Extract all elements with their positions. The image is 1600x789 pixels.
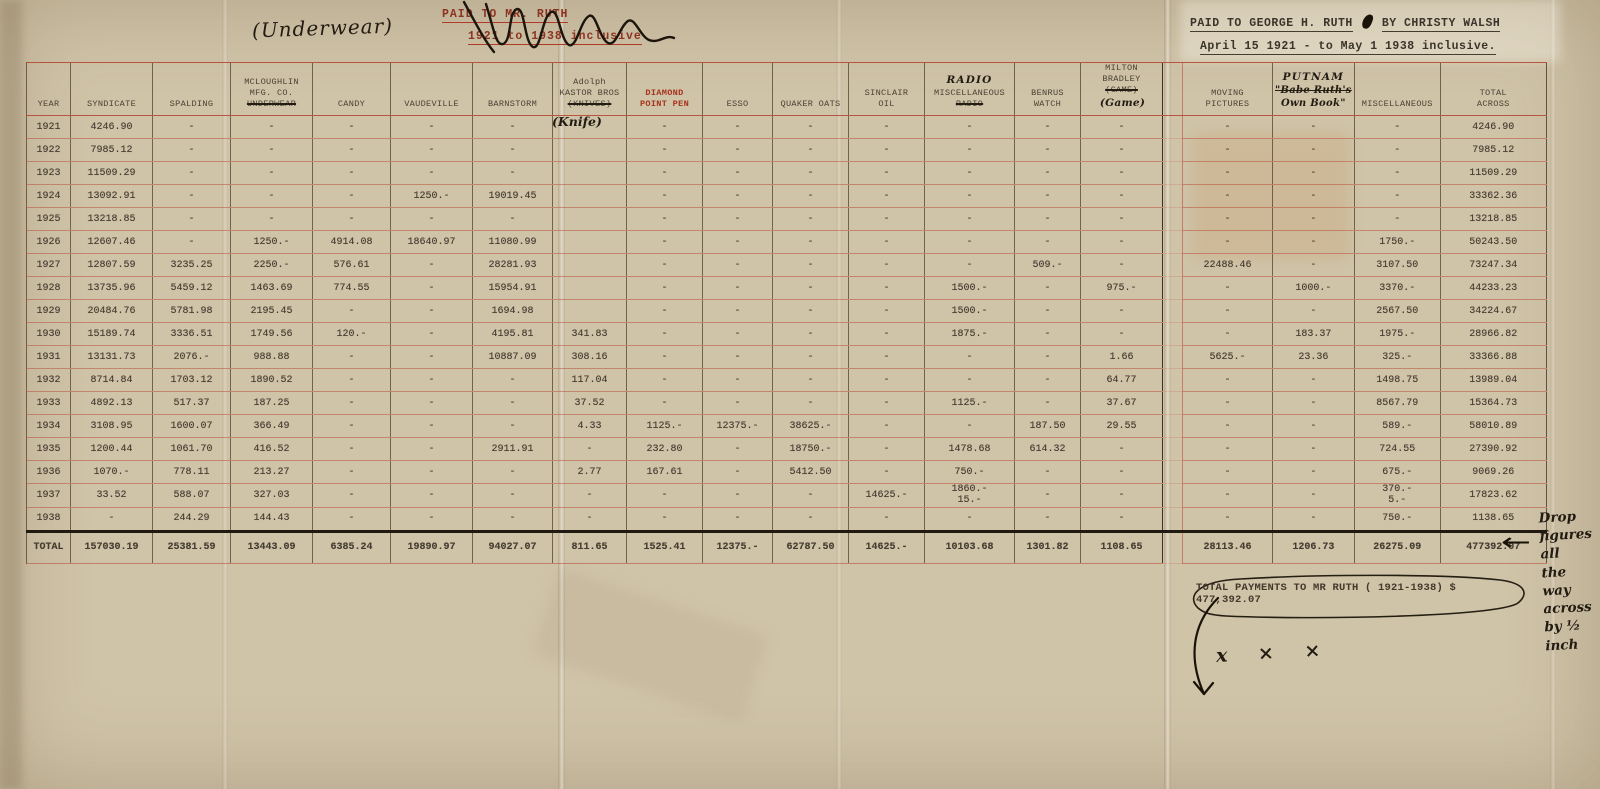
drop-figures-handnote: Drop figures all the way across by ½ inc… xyxy=(1538,507,1600,655)
cell-radio-miscellaneous: - xyxy=(925,185,1015,208)
cell-year: 1930 xyxy=(27,323,71,346)
cell-barnstorm: - xyxy=(473,162,553,185)
cell-spalding: 1600.07 xyxy=(153,415,231,438)
cell-milton-bradley: - xyxy=(1081,185,1163,208)
cell-kastor: 308.16 xyxy=(553,346,627,369)
cell-radio-miscellaneous: 1860.- 15.- xyxy=(925,484,1015,507)
cell-putnam: - xyxy=(1273,484,1355,507)
table-row: 192413092.91---1250.-19019.45----------3… xyxy=(27,185,1547,208)
cell-year: 1936 xyxy=(27,461,71,484)
cell-fold-gap xyxy=(1163,438,1183,461)
cell-benrus-watch: - xyxy=(1015,323,1081,346)
cell-moving-pictures: - xyxy=(1183,484,1273,507)
cell-kastor xyxy=(553,277,627,300)
total-diamond-point-pen: 1525.41 xyxy=(627,531,703,563)
underwear-handnote: (Underwear) xyxy=(252,14,394,43)
cell-candy: 576.61 xyxy=(313,254,391,277)
cell-kastor: - xyxy=(553,438,627,461)
cell-spalding: - xyxy=(153,208,231,231)
total-miscellaneous: 26275.09 xyxy=(1354,531,1440,563)
cell-quaker-oats: 5412.50 xyxy=(773,461,849,484)
cell-barnstorm: - xyxy=(473,139,553,162)
cell-radio-miscellaneous: 1500.- xyxy=(925,300,1015,323)
cell-vaudeville: - xyxy=(391,369,473,392)
cell-spalding: 778.11 xyxy=(153,461,231,484)
cell-quaker-oats: - xyxy=(773,300,849,323)
cell-miscellaneous: 370.- 5.- xyxy=(1354,484,1440,507)
cell-year: 1926 xyxy=(27,231,71,254)
cell-vaudeville: - xyxy=(391,277,473,300)
cell-moving-pictures: - xyxy=(1183,507,1273,531)
cell-putnam: - xyxy=(1273,369,1355,392)
table-row: 192813735.965459.121463.69774.55-15954.9… xyxy=(27,277,1547,300)
column-header-putnam: PUTNAM"Babe Ruth'sOwn Book" xyxy=(1273,63,1355,116)
cell-radio-miscellaneous: - xyxy=(925,415,1015,438)
cell-diamond-point-pen: - xyxy=(627,208,703,231)
cell-spalding: 3336.51 xyxy=(153,323,231,346)
cell-fold-gap xyxy=(1163,346,1183,369)
cell-benrus-watch: - xyxy=(1015,162,1081,185)
cell-moving-pictures: - xyxy=(1183,323,1273,346)
cell-fold-gap xyxy=(1163,231,1183,254)
cell-esso: - xyxy=(703,300,773,323)
cell-candy: - xyxy=(313,392,391,415)
cell-candy: - xyxy=(313,484,391,507)
cell-diamond-point-pen: - xyxy=(627,185,703,208)
cell-benrus-watch: - xyxy=(1015,369,1081,392)
total-radio-miscellaneous: 10103.68 xyxy=(925,531,1015,563)
cell-total-across: 13989.04 xyxy=(1440,369,1546,392)
cell-barnstorm: 11080.99 xyxy=(473,231,553,254)
cell-radio-miscellaneous: - xyxy=(925,162,1015,185)
cell-milton-bradley: - xyxy=(1081,300,1163,323)
cell-moving-pictures: 5625.- xyxy=(1183,346,1273,369)
cell-moving-pictures: - xyxy=(1183,277,1273,300)
cell-syndicate: 8714.84 xyxy=(71,369,153,392)
cell-vaudeville: - xyxy=(391,438,473,461)
cell-radio-miscellaneous: - xyxy=(925,254,1015,277)
column-header-radio-miscellaneous: RADIOMISCELLANEOUSRADIO xyxy=(925,63,1015,116)
cell-syndicate: 12807.59 xyxy=(71,254,153,277)
scanned-ledger-page: (Underwear) PAID TO MR. RUTH 1921 to 193… xyxy=(0,0,1600,789)
table-row: 192311509.29---------------11509.29 xyxy=(27,162,1547,185)
cell-miscellaneous: 589.- xyxy=(1354,415,1440,438)
center-title-line2: 1921 to 1938 inclusive xyxy=(468,30,642,45)
cell-vaudeville: - xyxy=(391,415,473,438)
cell-vaudeville: - xyxy=(391,323,473,346)
cell-mcloughlin: 1463.69 xyxy=(231,277,313,300)
cell-mcloughlin: 416.52 xyxy=(231,438,313,461)
cell-total-across: 15364.73 xyxy=(1440,392,1546,415)
cell-sinclair-oil: - xyxy=(849,116,925,139)
cell-kastor xyxy=(553,231,627,254)
cell-total-across: 58010.89 xyxy=(1440,415,1546,438)
cell-milton-bradley: - xyxy=(1081,323,1163,346)
cell-benrus-watch: - xyxy=(1015,461,1081,484)
cell-barnstorm: - xyxy=(473,461,553,484)
table-row: 19328714.841703.121890.52---117.04------… xyxy=(27,369,1547,392)
total-spalding: 25381.59 xyxy=(153,531,231,563)
cell-fold-gap xyxy=(1163,162,1183,185)
cell-mcloughlin: 213.27 xyxy=(231,461,313,484)
cell-vaudeville: 18640.97 xyxy=(391,231,473,254)
cell-fold-gap xyxy=(1163,461,1183,484)
total-milton-bradley: 1108.65 xyxy=(1081,531,1163,563)
cell-diamond-point-pen: - xyxy=(627,392,703,415)
cell-fold-gap xyxy=(1163,208,1183,231)
cell-diamond-point-pen: - xyxy=(627,139,703,162)
cell-quaker-oats: - xyxy=(773,346,849,369)
cell-esso: - xyxy=(703,208,773,231)
cell-quaker-oats: - xyxy=(773,254,849,277)
cell-radio-miscellaneous: 1875.- xyxy=(925,323,1015,346)
cell-radio-miscellaneous: 750.- xyxy=(925,461,1015,484)
cell-miscellaneous: - xyxy=(1354,139,1440,162)
total-row: TOTAL157030.1925381.5913443.096385.24198… xyxy=(27,531,1547,563)
cell-sinclair-oil: - xyxy=(849,208,925,231)
cell-benrus-watch: - xyxy=(1015,231,1081,254)
cell-kastor xyxy=(553,300,627,323)
table-row: 19214246.90---------------4246.90 xyxy=(27,116,1547,139)
cell-milton-bradley: - xyxy=(1081,208,1163,231)
cell-radio-miscellaneous: - xyxy=(925,139,1015,162)
cell-barnstorm: 19019.45 xyxy=(473,185,553,208)
cell-syndicate: 11509.29 xyxy=(71,162,153,185)
cell-putnam: - xyxy=(1273,162,1355,185)
cell-milton-bradley: - xyxy=(1081,254,1163,277)
cell-fold-gap xyxy=(1163,415,1183,438)
cell-esso: - xyxy=(703,346,773,369)
cell-mcloughlin: 988.88 xyxy=(231,346,313,369)
cell-year: 1928 xyxy=(27,277,71,300)
cell-total-across: 44233.23 xyxy=(1440,277,1546,300)
cell-total-across: 9069.26 xyxy=(1440,461,1546,484)
cell-esso: - xyxy=(703,231,773,254)
cell-sinclair-oil: - xyxy=(849,277,925,300)
cell-kastor xyxy=(553,139,627,162)
cell-quaker-oats: - xyxy=(773,323,849,346)
cell-barnstorm: 28281.93 xyxy=(473,254,553,277)
cell-fold-gap xyxy=(1163,254,1183,277)
cell-mcloughlin: - xyxy=(231,139,313,162)
cell-vaudeville: - xyxy=(391,507,473,531)
cell-milton-bradley: 1.66 xyxy=(1081,346,1163,369)
cell-year: 1929 xyxy=(27,300,71,323)
cell-spalding: - xyxy=(153,162,231,185)
cell-barnstorm: 1694.98 xyxy=(473,300,553,323)
cell-year: 1935 xyxy=(27,438,71,461)
cell-sinclair-oil: - xyxy=(849,369,925,392)
left-arrow: ← xyxy=(1501,528,1531,556)
cell-kastor: - xyxy=(553,507,627,531)
cell-candy: - xyxy=(313,208,391,231)
cell-spalding: 1703.12 xyxy=(153,369,231,392)
table-row: 19227985.12---------------7985.12 xyxy=(27,139,1547,162)
cell-miscellaneous: 3107.50 xyxy=(1354,254,1440,277)
cell-fold-gap xyxy=(1163,116,1183,139)
cell-benrus-watch: 187.50 xyxy=(1015,415,1081,438)
total-fold-gap xyxy=(1163,531,1183,563)
cell-mcloughlin: 2250.- xyxy=(231,254,313,277)
cell-benrus-watch: - xyxy=(1015,139,1081,162)
cell-diamond-point-pen: 167.61 xyxy=(627,461,703,484)
cell-diamond-point-pen: - xyxy=(627,346,703,369)
cell-moving-pictures: - xyxy=(1183,438,1273,461)
cell-total-across: 28966.82 xyxy=(1440,323,1546,346)
cell-putnam: 23.36 xyxy=(1273,346,1355,369)
cell-barnstorm: 15954.91 xyxy=(473,277,553,300)
table-row: 1938-244.29144.43-------------750.-1138.… xyxy=(27,507,1547,531)
cell-quaker-oats: - xyxy=(773,185,849,208)
cell-milton-bradley: - xyxy=(1081,231,1163,254)
cell-total-across: 7985.12 xyxy=(1440,139,1546,162)
cell-esso: - xyxy=(703,185,773,208)
table-row: 192712807.593235.252250.-576.61-28281.93… xyxy=(27,254,1547,277)
cell-benrus-watch: 614.32 xyxy=(1015,438,1081,461)
column-header-fold-gap xyxy=(1163,63,1183,116)
column-header-moving-pictures: MOVINGPICTURES xyxy=(1183,63,1273,116)
cell-spalding: 5459.12 xyxy=(153,277,231,300)
cell-total-across: 34224.67 xyxy=(1440,300,1546,323)
cell-diamond-point-pen: - xyxy=(627,484,703,507)
cell-putnam: - xyxy=(1273,392,1355,415)
cell-spalding: - xyxy=(153,139,231,162)
total-quaker-oats: 62787.50 xyxy=(773,531,849,563)
cell-syndicate: 13092.91 xyxy=(71,185,153,208)
cell-diamond-point-pen: - xyxy=(627,323,703,346)
cell-year: 1925 xyxy=(27,208,71,231)
cell-barnstorm: 10887.09 xyxy=(473,346,553,369)
cell-syndicate: 13131.73 xyxy=(71,346,153,369)
cell-total-across: 11509.29 xyxy=(1440,162,1546,185)
cell-syndicate: 1070.- xyxy=(71,461,153,484)
cell-vaudeville: - xyxy=(391,162,473,185)
cell-candy: 774.55 xyxy=(313,277,391,300)
table-row: 19351200.441061.70416.52--2911.91-232.80… xyxy=(27,438,1547,461)
cell-candy: - xyxy=(313,162,391,185)
cell-candy: - xyxy=(313,461,391,484)
total-moving-pictures: 28113.46 xyxy=(1183,531,1273,563)
margin-note-line: inch xyxy=(1545,634,1600,655)
cell-diamond-point-pen: - xyxy=(627,231,703,254)
cell-candy: - xyxy=(313,415,391,438)
cell-barnstorm: - xyxy=(473,415,553,438)
cell-miscellaneous: 3370.- xyxy=(1354,277,1440,300)
column-header-miscellaneous: MISCELLANEOUS xyxy=(1354,63,1440,116)
cell-fold-gap xyxy=(1163,185,1183,208)
cell-radio-miscellaneous: 1478.68 xyxy=(925,438,1015,461)
total-putnam: 1206.73 xyxy=(1273,531,1355,563)
cell-putnam: - xyxy=(1273,461,1355,484)
cell-syndicate: 12607.46 xyxy=(71,231,153,254)
cell-mcloughlin: 2195.45 xyxy=(231,300,313,323)
cell-milton-bradley: - xyxy=(1081,461,1163,484)
cell-quaker-oats: - xyxy=(773,162,849,185)
cell-miscellaneous: 750.- xyxy=(1354,507,1440,531)
table-row: 193113131.732076.-988.88--10887.09308.16… xyxy=(27,346,1547,369)
cell-milton-bradley: - xyxy=(1081,162,1163,185)
cell-sinclair-oil: - xyxy=(849,231,925,254)
cell-miscellaneous: 325.- xyxy=(1354,346,1440,369)
cell-year: 1934 xyxy=(27,415,71,438)
cell-miscellaneous: 675.- xyxy=(1354,461,1440,484)
cell-syndicate: - xyxy=(71,507,153,531)
column-header-mcloughlin: MCLOUGHLINMFG. CO.UNDERWEAR xyxy=(231,63,313,116)
cell-year: 1923 xyxy=(27,162,71,185)
total-barnstorm: 94027.07 xyxy=(473,531,553,563)
cell-vaudeville: 1250.- xyxy=(391,185,473,208)
column-header-esso: ESSO xyxy=(703,63,773,116)
cell-diamond-point-pen: - xyxy=(627,369,703,392)
cell-year: 1921 xyxy=(27,116,71,139)
cell-esso: - xyxy=(703,438,773,461)
cell-quaker-oats: - xyxy=(773,231,849,254)
cell-benrus-watch: - xyxy=(1015,185,1081,208)
cell-esso: - xyxy=(703,162,773,185)
cell-quaker-oats: 38625.- xyxy=(773,415,849,438)
cell-esso: - xyxy=(703,507,773,531)
cell-total-across: 13218.85 xyxy=(1440,208,1546,231)
cell-sinclair-oil: - xyxy=(849,438,925,461)
cell-esso: - xyxy=(703,323,773,346)
cell-kastor: - xyxy=(553,484,627,507)
cell-esso: - xyxy=(703,461,773,484)
cell-quaker-oats: - xyxy=(773,277,849,300)
cell-putnam: 183.37 xyxy=(1273,323,1355,346)
cell-benrus-watch: 509.- xyxy=(1015,254,1081,277)
cell-diamond-point-pen: - xyxy=(627,277,703,300)
cell-candy: - xyxy=(313,116,391,139)
cell-putnam: - xyxy=(1273,438,1355,461)
total-benrus-watch: 1301.82 xyxy=(1015,531,1081,563)
cell-candy: - xyxy=(313,300,391,323)
cell-moving-pictures: - xyxy=(1183,392,1273,415)
cell-kastor: 341.83 xyxy=(553,323,627,346)
cell-moving-pictures: - xyxy=(1183,415,1273,438)
cell-sinclair-oil: 14625.- xyxy=(849,484,925,507)
cell-esso: 12375.- xyxy=(703,415,773,438)
total-kastor: 811.65 xyxy=(553,531,627,563)
cell-quaker-oats: - xyxy=(773,208,849,231)
table-row: 19343108.951600.07366.49---4.331125.-123… xyxy=(27,415,1547,438)
cell-mcloughlin: 366.49 xyxy=(231,415,313,438)
cell-miscellaneous: 724.55 xyxy=(1354,438,1440,461)
total-syndicate: 157030.19 xyxy=(71,531,153,563)
cell-moving-pictures: - xyxy=(1183,300,1273,323)
cell-sinclair-oil: - xyxy=(849,415,925,438)
cell-syndicate: 7985.12 xyxy=(71,139,153,162)
cell-miscellaneous: 1750.- xyxy=(1354,231,1440,254)
cell-mcloughlin: 1250.- xyxy=(231,231,313,254)
table-row: 193733.52588.07327.03-------14625.-1860.… xyxy=(27,484,1547,507)
cell-milton-bradley: - xyxy=(1081,438,1163,461)
cell-vaudeville: - xyxy=(391,139,473,162)
cell-barnstorm: 2911.91 xyxy=(473,438,553,461)
cell-miscellaneous: 1975.- xyxy=(1354,323,1440,346)
cell-barnstorm: - xyxy=(473,507,553,531)
knife-handnote: (Knife) xyxy=(552,114,602,129)
cell-mcloughlin: - xyxy=(231,162,313,185)
cell-year: 1924 xyxy=(27,185,71,208)
table-row: 192612607.46-1250.-4914.0818640.9711080.… xyxy=(27,231,1547,254)
cell-mcloughlin: 187.25 xyxy=(231,392,313,415)
cell-putnam: - xyxy=(1273,116,1355,139)
cell-fold-gap xyxy=(1163,323,1183,346)
cell-total-across: 4246.90 xyxy=(1440,116,1546,139)
cell-milton-bradley: 64.77 xyxy=(1081,369,1163,392)
table-row: 19361070.-778.11213.27---2.77167.61-5412… xyxy=(27,461,1547,484)
cell-benrus-watch: - xyxy=(1015,208,1081,231)
cell-barnstorm: - xyxy=(473,392,553,415)
cell-vaudeville: - xyxy=(391,116,473,139)
cell-diamond-point-pen: - xyxy=(627,254,703,277)
cell-spalding: 3235.25 xyxy=(153,254,231,277)
total-esso: 12375.- xyxy=(703,531,773,563)
cell-kastor xyxy=(553,208,627,231)
cell-spalding: - xyxy=(153,116,231,139)
cell-milton-bradley: 37.67 xyxy=(1081,392,1163,415)
payments-table: YEARSYNDICATESPALDINGMCLOUGHLINMFG. CO.U… xyxy=(26,62,1547,564)
cell-radio-miscellaneous: - xyxy=(925,116,1015,139)
cell-kastor: 117.04 xyxy=(553,369,627,392)
cell-total-across: 27390.92 xyxy=(1440,438,1546,461)
cell-benrus-watch: - xyxy=(1015,392,1081,415)
cell-spalding: - xyxy=(153,231,231,254)
cell-miscellaneous: - xyxy=(1354,162,1440,185)
cell-year: 1931 xyxy=(27,346,71,369)
cell-esso: - xyxy=(703,392,773,415)
cell-mcloughlin: 144.43 xyxy=(231,507,313,531)
cell-candy: 120.- xyxy=(313,323,391,346)
cell-quaker-oats: - xyxy=(773,392,849,415)
cell-benrus-watch: - xyxy=(1015,116,1081,139)
cell-total-across: 33362.36 xyxy=(1440,185,1546,208)
paper-edge xyxy=(0,0,22,789)
cell-total-across: 73247.34 xyxy=(1440,254,1546,277)
cell-radio-miscellaneous: - xyxy=(925,507,1015,531)
cell-syndicate: 13218.85 xyxy=(71,208,153,231)
cell-spalding: 5781.98 xyxy=(153,300,231,323)
total-vaudeville: 19890.97 xyxy=(391,531,473,563)
cell-putnam: - xyxy=(1273,231,1355,254)
cell-putnam: - xyxy=(1273,415,1355,438)
cell-sinclair-oil: - xyxy=(849,185,925,208)
cell-moving-pictures: - xyxy=(1183,369,1273,392)
cell-sinclair-oil: - xyxy=(849,507,925,531)
column-header-candy: CANDY xyxy=(313,63,391,116)
cell-diamond-point-pen: - xyxy=(627,162,703,185)
table-row: 193015189.743336.511749.56120.--4195.813… xyxy=(27,323,1547,346)
cell-total-across: 17823.62 xyxy=(1440,484,1546,507)
cell-putnam: - xyxy=(1273,185,1355,208)
cell-putnam: - xyxy=(1273,300,1355,323)
cell-moving-pictures: - xyxy=(1183,185,1273,208)
cell-syndicate: 13735.96 xyxy=(71,277,153,300)
cell-kastor: 4.33 xyxy=(553,415,627,438)
cell-esso: - xyxy=(703,116,773,139)
cell-quaker-oats: - xyxy=(773,139,849,162)
cell-candy: - xyxy=(313,346,391,369)
total-mcloughlin: 13443.09 xyxy=(231,531,313,563)
cell-vaudeville: - xyxy=(391,346,473,369)
cell-radio-miscellaneous: - xyxy=(925,231,1015,254)
cell-vaudeville: - xyxy=(391,392,473,415)
cell-miscellaneous: - xyxy=(1354,185,1440,208)
cell-syndicate: 4246.90 xyxy=(71,116,153,139)
cell-radio-miscellaneous: 1500.- xyxy=(925,277,1015,300)
table-row: 192920484.765781.982195.45--1694.98----1… xyxy=(27,300,1547,323)
cell-moving-pictures: - xyxy=(1183,208,1273,231)
